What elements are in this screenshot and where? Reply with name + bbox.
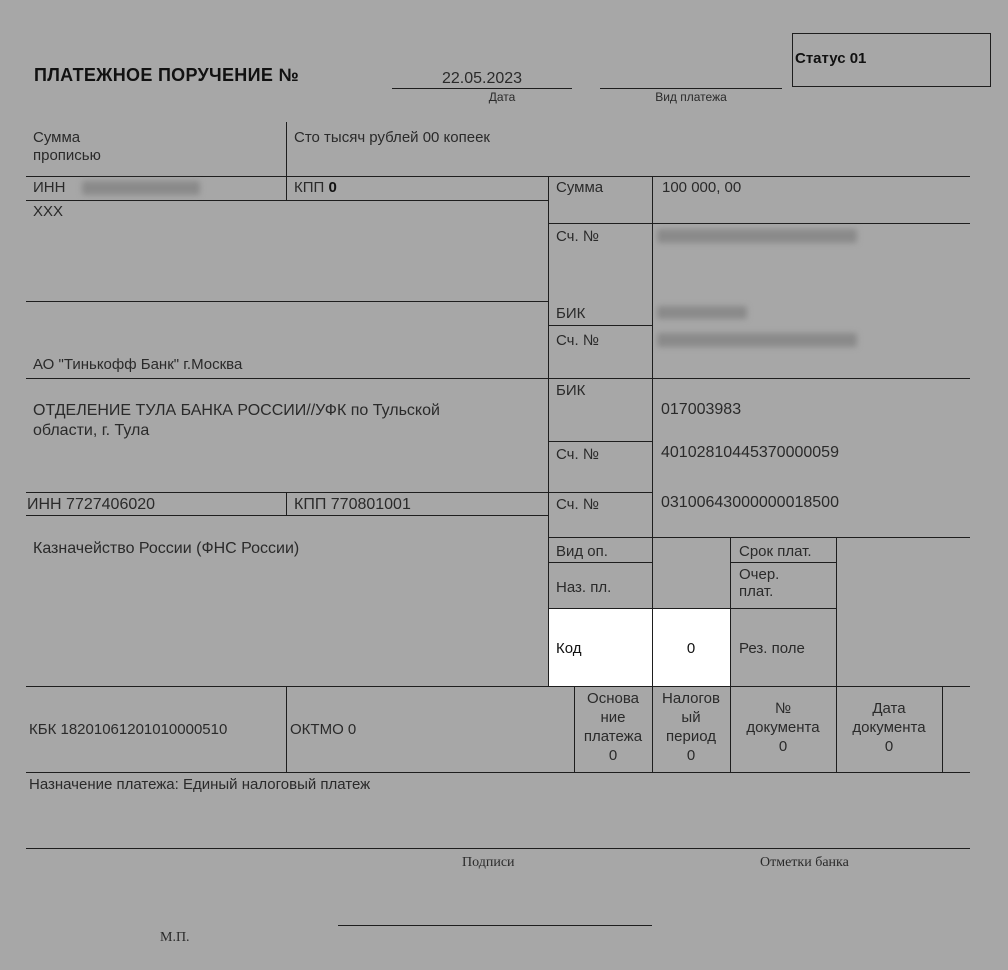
divider	[730, 562, 836, 563]
divider	[26, 176, 970, 177]
divider	[26, 515, 548, 516]
basis-l2: ние	[574, 708, 652, 727]
divider	[548, 325, 652, 326]
doc-number-field: № документа 0	[730, 699, 836, 756]
status-box: Статус 01	[792, 33, 991, 87]
divider	[286, 122, 287, 200]
payee-account-value: 03100643000000018500	[661, 494, 839, 512]
payer-name: XXX	[33, 203, 63, 221]
ocher-line1: Очер.	[739, 566, 779, 583]
divider	[26, 492, 548, 493]
divider	[26, 378, 970, 379]
docdate-l1: Дата	[836, 699, 942, 718]
divider	[26, 848, 970, 849]
period-l1: Налогов	[652, 689, 730, 708]
divider	[286, 492, 287, 515]
payee-bank-account-label: Сч. №	[556, 446, 599, 464]
status-label: Статус 01	[795, 50, 866, 68]
amount-words-value: Сто тысяч рублей 00 копеек	[294, 129, 490, 147]
period-value: 0	[652, 746, 730, 765]
payee-account-label: Сч. №	[556, 496, 599, 514]
divider	[548, 492, 652, 493]
doc-date-field: Дата документа 0	[836, 699, 942, 756]
docdate-l2: документа	[836, 718, 942, 737]
payer-kpp-value: 0	[328, 179, 336, 196]
amount-words-label-line1: Сумма	[33, 129, 101, 147]
payee-bank-name-line2: области, г. Тула	[33, 421, 440, 441]
payer-kpp-label: КПП	[294, 179, 324, 196]
signature-line	[338, 925, 652, 926]
ocher-line2: плат.	[739, 583, 779, 600]
divider	[730, 537, 731, 686]
period-l2: ый	[652, 708, 730, 727]
divider	[548, 608, 730, 609]
payment-type-underline	[600, 88, 782, 89]
rez-pole-label: Рез. поле	[739, 640, 805, 658]
oktmo: ОКТМО 0	[290, 721, 356, 739]
payee-bank-bik-label: БИК	[556, 382, 585, 400]
payee-bank-account-value: 40102810445370000059	[661, 444, 839, 462]
divider	[548, 537, 970, 538]
payee-inn: ИНН 7727406020	[27, 496, 155, 514]
payer-account-redacted	[657, 229, 857, 243]
date-value: 22.05.2023	[392, 70, 572, 88]
signatures-label: Подписи	[462, 854, 515, 872]
payer-bank-name: АО "Тинькофф Банк" г.Москва	[33, 356, 242, 374]
payee-kpp: КПП 770801001	[294, 496, 411, 514]
docnum-l2: документа	[730, 718, 836, 737]
basis-value: 0	[574, 746, 652, 765]
divider	[730, 608, 836, 609]
payer-bank-account-label: Сч. №	[556, 332, 599, 350]
payment-type-caption: Вид платежа	[600, 90, 782, 104]
docnum-value: 0	[730, 737, 836, 756]
divider	[548, 562, 652, 563]
bank-marks-label: Отметки банка	[760, 854, 849, 872]
kod-label: Код	[556, 640, 582, 658]
basis-l3: платежа	[574, 727, 652, 746]
payee-bank-bik-value: 017003983	[661, 401, 741, 419]
payer-bank-bik-label: БИК	[556, 305, 585, 323]
payee-bank-name-line1: ОТДЕЛЕНИЕ ТУЛА БАНКА РОССИИ//УФК по Туль…	[33, 401, 440, 421]
period-field: Налогов ый период 0	[652, 689, 730, 765]
basis-l1: Основа	[574, 689, 652, 708]
payee-bank-name: ОТДЕЛЕНИЕ ТУЛА БАНКА РОССИИ//УФК по Туль…	[33, 401, 440, 441]
divider	[652, 176, 653, 608]
divider	[548, 223, 970, 224]
payer-amount-label: Сумма	[556, 179, 603, 197]
docnum-l1: №	[730, 699, 836, 718]
date-underline	[392, 88, 572, 89]
divider	[26, 200, 548, 201]
document-title: ПЛАТЕЖНОЕ ПОРУЧЕНИЕ №	[34, 66, 299, 84]
divider	[548, 441, 652, 442]
basis-field: Основа ние платежа 0	[574, 689, 652, 765]
period-l3: период	[652, 727, 730, 746]
payer-bank-account-redacted	[657, 333, 857, 347]
amount-words-label-line2: прописью	[33, 147, 101, 165]
vid-op-label: Вид оп.	[556, 543, 608, 561]
ocher-plat-label: Очер. плат.	[739, 566, 779, 600]
amount-words-label: Сумма прописью	[33, 129, 101, 165]
divider	[26, 772, 970, 773]
docdate-value: 0	[836, 737, 942, 756]
payer-kpp: КПП 0	[294, 179, 337, 197]
payee-name: Казначейство России (ФНС России)	[33, 540, 299, 558]
date-caption: Дата	[392, 90, 612, 104]
divider	[26, 686, 970, 687]
payer-amount-value: 100 000, 00	[662, 179, 741, 197]
payer-bank-bik-redacted	[657, 306, 747, 319]
payer-inn-label: ИНН	[33, 179, 65, 197]
divider	[26, 301, 548, 302]
payment-purpose: Назначение платежа: Единый налоговый пла…	[29, 776, 370, 794]
kod-value: 0	[652, 640, 730, 658]
divider	[286, 686, 287, 772]
stamp-label: М.П.	[160, 929, 190, 947]
kbk: КБК 18201061201010000510	[29, 721, 227, 739]
divider	[942, 686, 943, 772]
payer-inn-redacted	[82, 181, 200, 195]
payer-account-label: Сч. №	[556, 228, 599, 246]
divider	[836, 537, 837, 686]
srok-plat-label: Срок плат.	[739, 543, 812, 561]
naz-pl-label: Наз. пл.	[556, 579, 611, 597]
